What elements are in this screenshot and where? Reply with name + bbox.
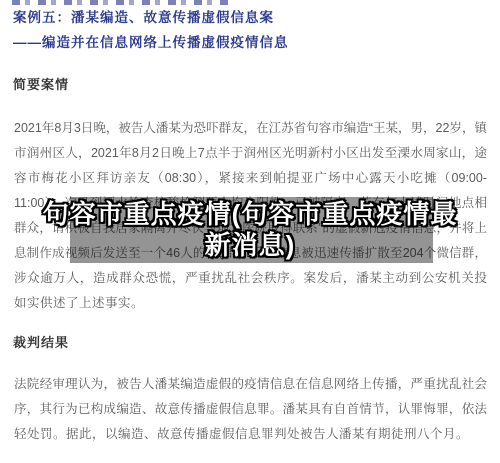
paragraph-line: 涉众逾万人，造成群众恐慌，严重扰乱社会秩序。案发后，潘某主动到公安机关投案，并 <box>14 266 487 291</box>
watermark-title-line1: 句容市重点疫情(句容市重点疫情最 <box>0 199 500 230</box>
section-heading-brief-facts: 简要案情 <box>13 74 69 93</box>
paragraph-line: 序，其行为已构成编造、故意传播虚假信息罪。潘某具有自首情节，认罪悔罪，依法可从 <box>14 397 487 422</box>
paragraph-line: 容市梅花小区拜访亲友（08:30），紧接来到帕提亚广场中心露天小吃摊（09:00… <box>14 166 487 191</box>
watermark-title: 句容市重点疫情(句容市重点疫情最 新消息) <box>0 199 500 261</box>
case-subtitle: ——编造并在信息网络上传播虚假疫情信息 <box>13 31 490 51</box>
paragraph-line: 如实供述了上述事实。 <box>14 291 487 316</box>
article-page: 案例五：潘某编造、故意传播虚假信息案 ——编造并在信息网络上传播虚假疫情信息 简… <box>0 0 500 463</box>
verdict-paragraph: 法院经审理认为，被告人潘某编造虚假的疫情信息在信息网络上传播，严重扰乱社会秩 序… <box>14 372 487 447</box>
clipped-text-fragment <box>12 0 230 5</box>
paragraph-line: 法院经审理认为，被告人潘某编造虚假的疫情信息在信息网络上传播，严重扰乱社会秩 <box>14 372 487 397</box>
watermark-title-line2: 新消息) <box>0 230 500 261</box>
case-title: 案例五：潘某编造、故意传播虚假信息案 <box>13 6 490 26</box>
paragraph-line: 轻处罚。据此，以编造、故意传播虚假信息罪判处被告人潘某有期徒刑八个月。 <box>14 422 487 447</box>
section-heading-verdict: 裁判结果 <box>13 332 69 351</box>
paragraph-line: 市润州区人，2021年8月2日晚上7点半于润州区光明新村小区出发至溧水周家山，途… <box>14 141 487 166</box>
paragraph-line: 2021年8月3日晚，被告人潘某为恐吓群友，在江苏省句容市编造“王某，男，22岁… <box>14 116 487 141</box>
